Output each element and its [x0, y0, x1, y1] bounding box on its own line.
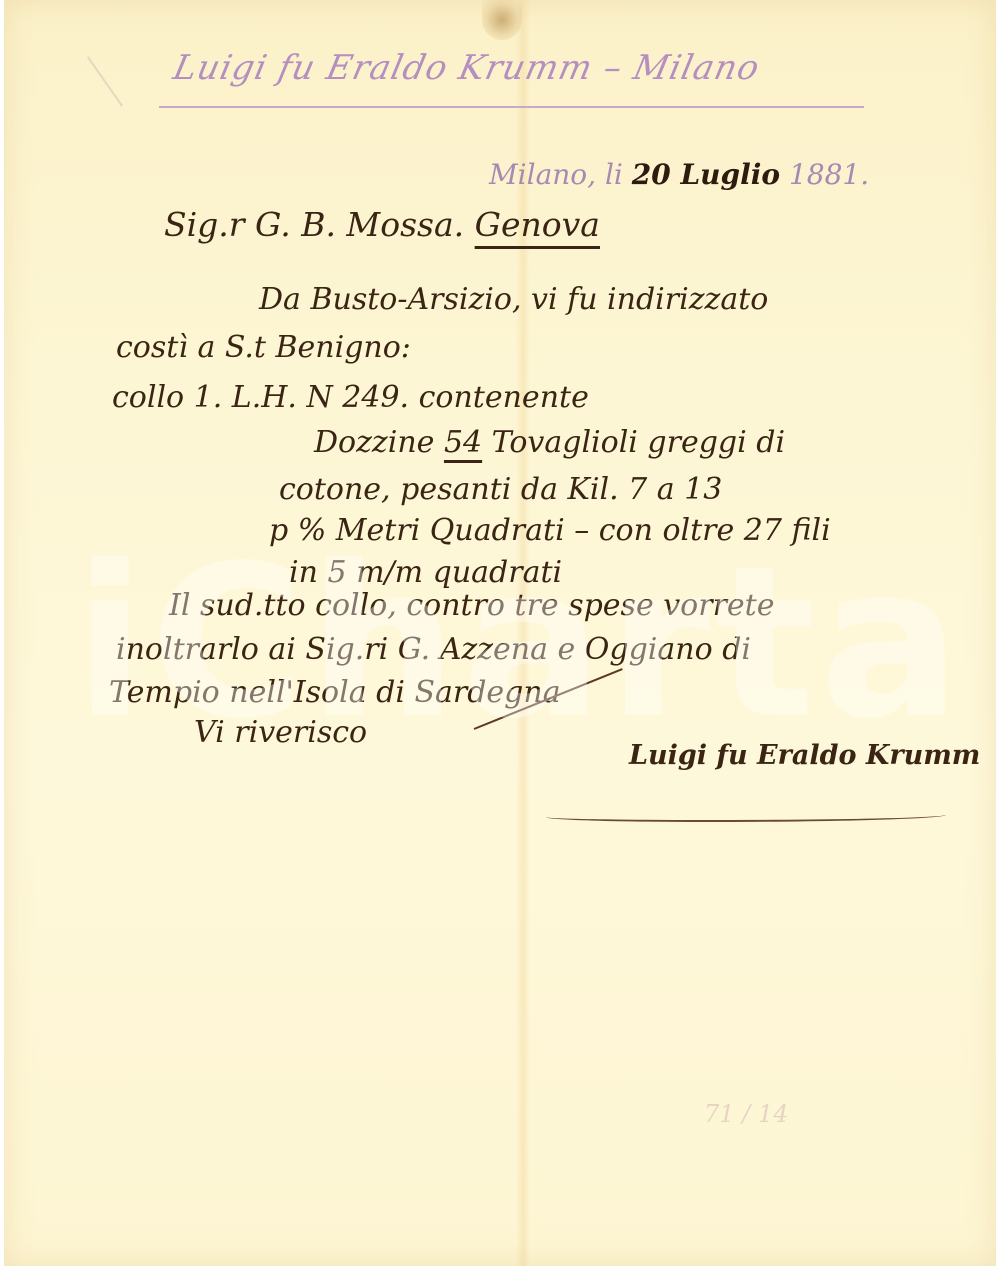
addressee-city: Genova	[475, 205, 600, 244]
dateline: Milano, li 20 Luglio 1881.	[489, 158, 869, 191]
dateline-place: Milano, li	[489, 158, 623, 191]
body-line-4-pre: Dozzine	[314, 425, 444, 460]
body-line-1: Da Busto-Arsizio, vi fu indirizzato	[259, 282, 768, 317]
letterhead: Luigi fu Eraldo Krumm – Milano	[170, 48, 764, 88]
body-line-4: Dozzine 54 Tovaglioli greggi di	[314, 425, 785, 460]
body-line-2: costì a S.t Benigno:	[116, 330, 411, 365]
body-line-4-post: Tovaglioli greggi di	[482, 425, 785, 460]
addressee: Sig.r G. B. Mossa. Genova	[164, 205, 600, 244]
addressee-name: Sig.r G. B. Mossa	[164, 205, 454, 244]
dateline-day-month: 20 Luglio	[632, 158, 780, 191]
ink-stain	[482, 0, 522, 40]
quantity-54: 54	[444, 425, 482, 460]
letterhead-rule	[159, 106, 864, 108]
addressee-separator: .	[454, 205, 465, 244]
watermark: iCharta	[74, 520, 965, 765]
signature-flourish	[546, 810, 946, 822]
letter-sheet: Luigi fu Eraldo Krumm – Milano Milano, l…	[4, 0, 996, 1266]
dateline-year: 1881.	[789, 158, 869, 191]
faint-reverse-marks: 71 / 14	[704, 1100, 788, 1128]
body-line-5: cotone, pesanti da Kil. 7 a 13	[279, 472, 722, 507]
body-line-3: collo 1. L.H. N 249. contenente	[112, 380, 589, 415]
